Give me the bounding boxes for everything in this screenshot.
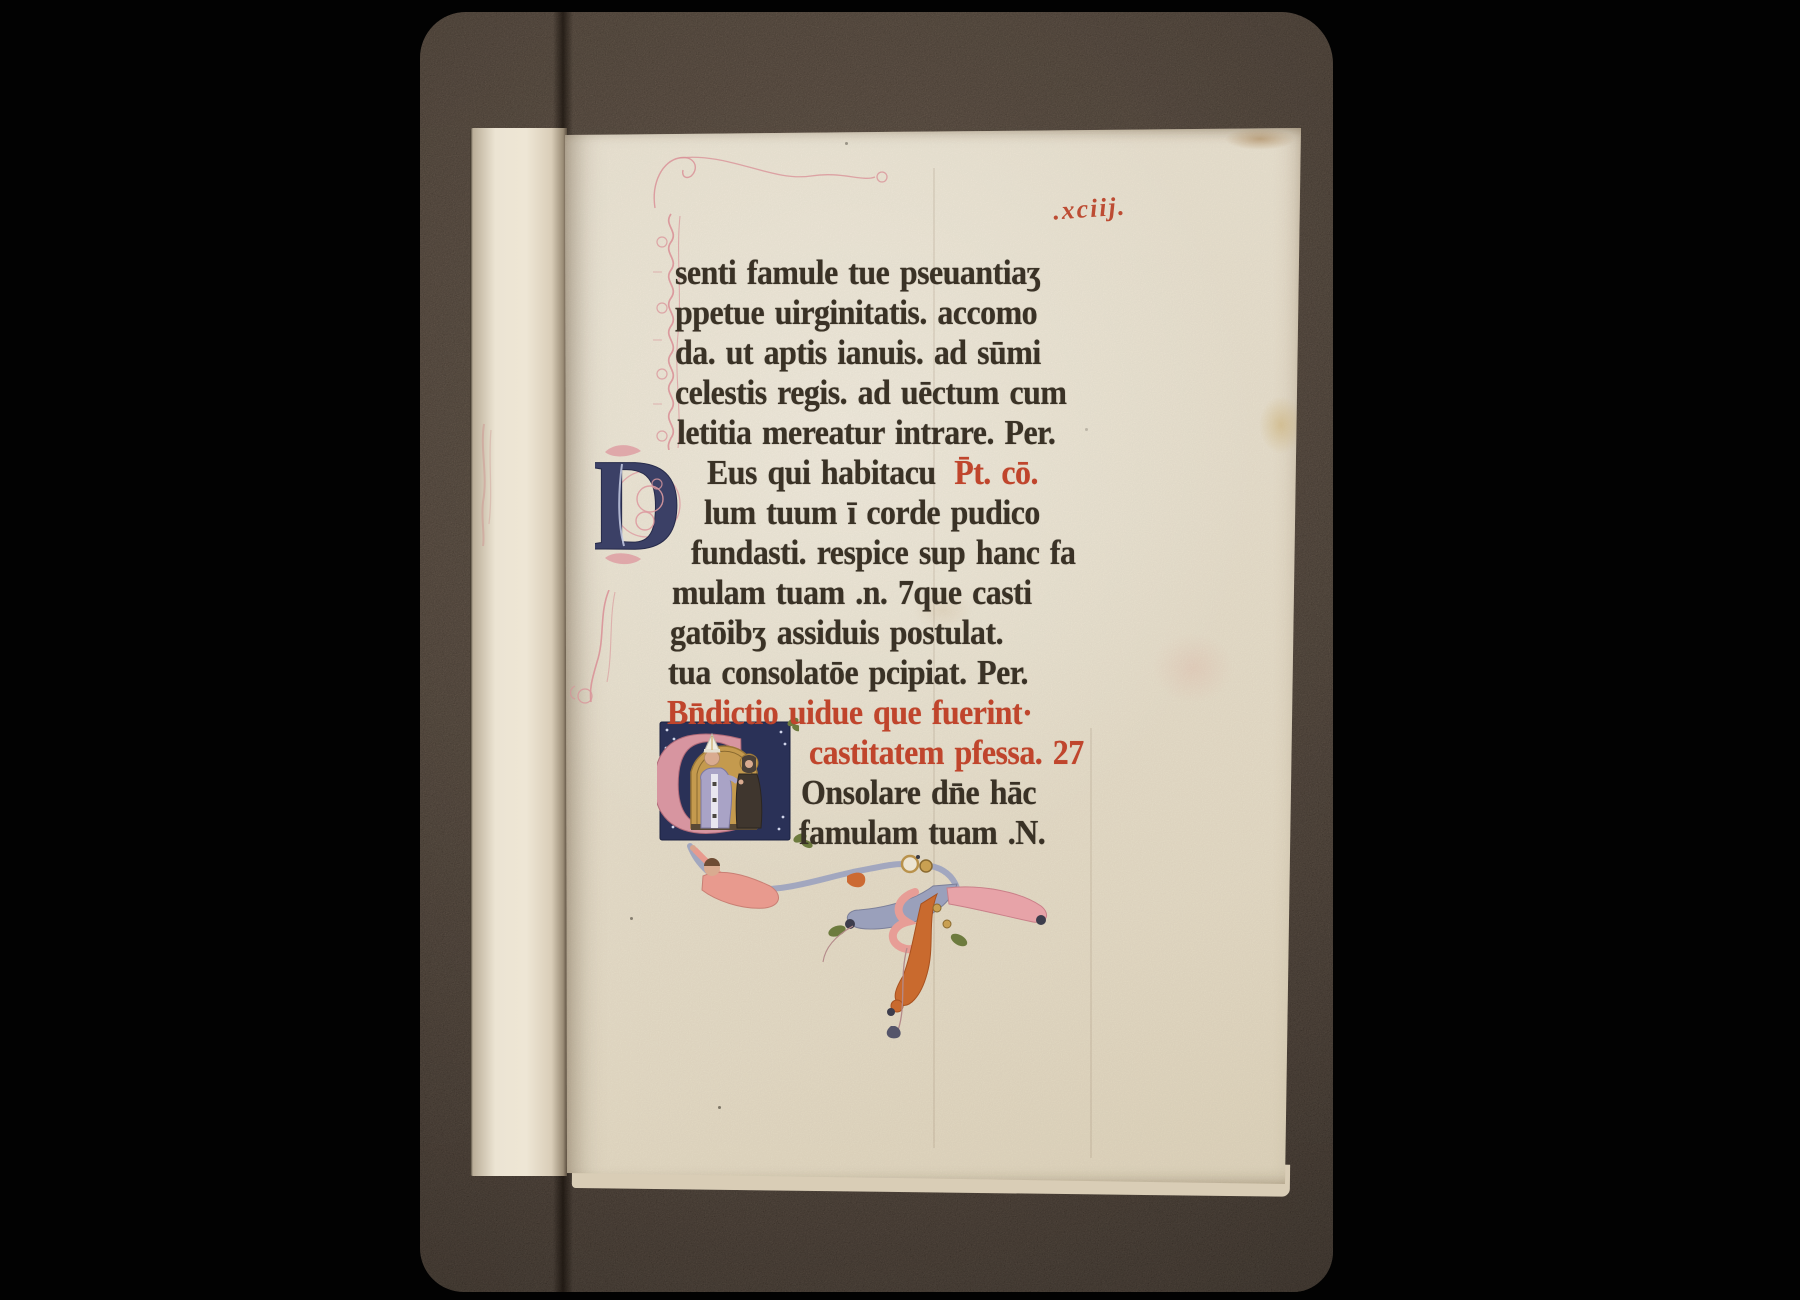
ink-speck (718, 1106, 721, 1109)
penwork-tail-icon (567, 590, 625, 716)
rubric-text: castitatem pfessa. 27 (809, 732, 1084, 772)
body-text: famulam tuam .N. (799, 812, 1045, 852)
ink-speck (1085, 428, 1088, 431)
text-line: tua consolatōe pcipiat. Per. (668, 652, 1028, 693)
body-text: gatōibʒ assiduis postulat. (670, 612, 1003, 652)
text-line: letitia mereatur intrare. Per. (677, 412, 1055, 453)
text-line: senti famule tue pseuantiaʒ (675, 252, 1041, 293)
body-text: celestis regis. ad uēctum cum (675, 372, 1066, 412)
reclining-man-figure (690, 845, 779, 908)
facing-page-edge (470, 128, 567, 1176)
foliate-flourish-icon (792, 831, 1047, 1038)
bas-de-page-flourish (585, 828, 1085, 1044)
body-text: mulam tuam .n. 7que casti (672, 572, 1032, 612)
text-line: Eus qui habitacuP̄t. cō. (707, 452, 1038, 493)
manuscript-photo: .xciij. D (0, 0, 1800, 1300)
text-line: celestis regis. ad uēctum cum (675, 372, 1066, 413)
body-text: fundasti. respice sup hanc fa (691, 532, 1076, 572)
offset-pink-smudge (1153, 633, 1233, 703)
body-text: da. ut aptis ianuis. ad sūmi (675, 332, 1041, 372)
body-text: tua consolatōe pcipiat. Per. (668, 652, 1028, 692)
text-line: lum tuum ī corde pudico (704, 492, 1040, 533)
body-text: Eus qui habitacu (707, 452, 936, 492)
vellum-crease (1090, 728, 1092, 1158)
rubric-text: P̄t. cō. (954, 452, 1038, 492)
ink-bleedthrough-marks (474, 420, 500, 550)
body-text: Onsolare dn̄e hāc (801, 772, 1036, 812)
drop-cap-d: D (595, 444, 697, 568)
text-line: Bn̄dictio uidue que fuerint· (667, 692, 1032, 733)
ink-speck (845, 142, 848, 145)
body-text: senti famule tue pseuantiaʒ (675, 252, 1041, 292)
gold-bead-icon (920, 860, 932, 872)
text-line: Onsolare dn̄e hāc (801, 772, 1036, 813)
text-line: gatōibʒ assiduis postulat. (670, 612, 1003, 653)
text-line: ppetue uirginitatis. accomo (675, 292, 1037, 333)
text-line: mulam tuam .n. 7que casti (672, 572, 1032, 613)
body-text: lum tuum ī corde pudico (704, 492, 1040, 532)
body-text: letitia mereatur intrare. Per. (677, 412, 1055, 452)
text-line: castitatem pfessa. 27 (809, 732, 1084, 773)
nun-figure (736, 754, 762, 828)
stain-top-edge (1225, 128, 1295, 150)
penwork-top-flourish-icon (649, 150, 901, 212)
vellum-leaf: .xciij. D (565, 128, 1302, 1186)
historiated-initial-c: C (657, 716, 799, 846)
folio-number: .xciij. (1052, 191, 1127, 226)
text-line: fundasti. respice sup hanc fa (691, 532, 1076, 573)
body-text: ppetue uirginitatis. accomo (675, 292, 1037, 332)
text-line: famulam tuam .N. (799, 812, 1045, 853)
rubric-text: Bn̄dictio uidue que fuerint· (667, 692, 1032, 732)
text-line: da. ut aptis ianuis. ad sūmi (675, 332, 1041, 373)
gold-bead-icon (902, 856, 918, 872)
